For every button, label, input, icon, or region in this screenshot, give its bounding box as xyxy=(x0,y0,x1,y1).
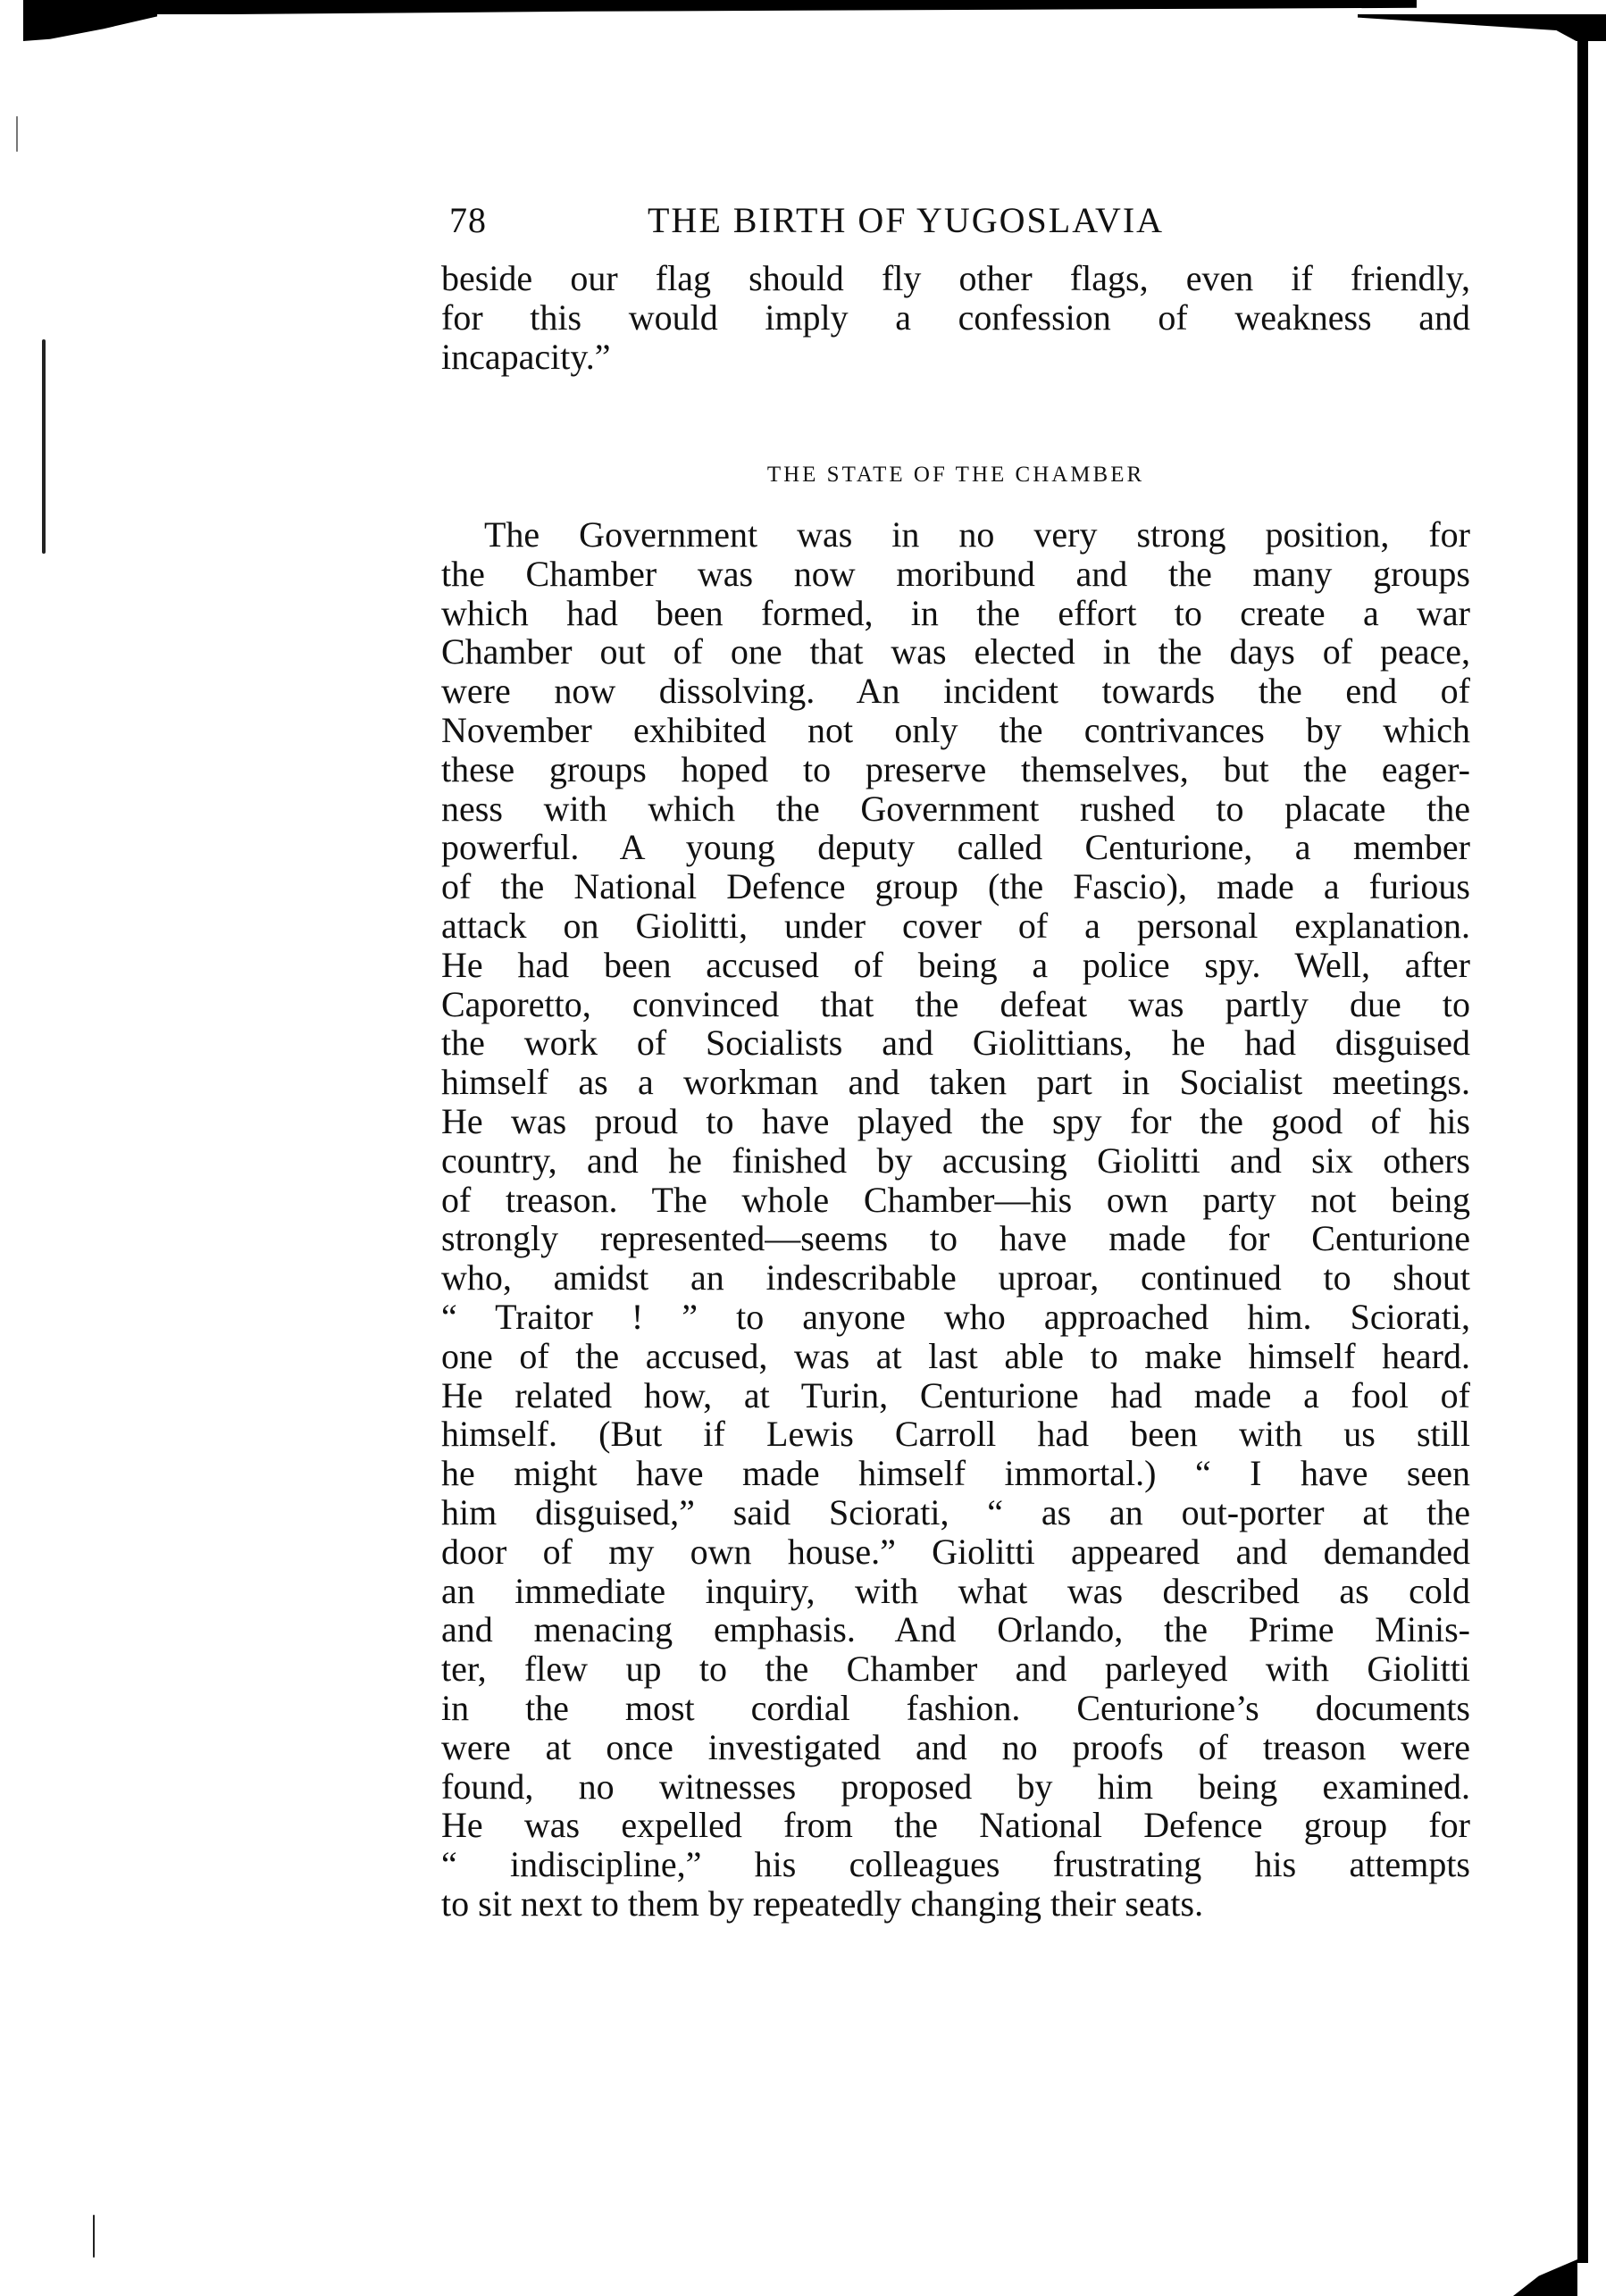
text-line: and menacing emphasis. And Orlando, the … xyxy=(441,1610,1470,1649)
scan-margin-mark xyxy=(93,2215,95,2258)
text-line: “ indiscipline,” his colleagues frustrat… xyxy=(441,1845,1470,1884)
text-line: strongly represented—seems to have made … xyxy=(441,1219,1470,1258)
text-line: of the National Defence group (the Fasci… xyxy=(441,867,1470,906)
text-line: The Government was in no very strong pos… xyxy=(441,515,1470,555)
text-line: the Chamber was now moribund and the man… xyxy=(441,555,1470,594)
page-header: 78 THE BIRTH OF YUGOSLAVIA xyxy=(449,198,1469,243)
continued-quote: beside our flag should fly other flags, … xyxy=(441,259,1470,376)
text-line: He was expelled from the National Defenc… xyxy=(441,1806,1470,1845)
text-line: for this would imply a confession of wea… xyxy=(441,298,1470,338)
text-line: which had been formed, in the effort to … xyxy=(441,594,1470,633)
text-line: Chamber out of one that was elected in t… xyxy=(441,632,1470,672)
scan-edge-shadow-top-right xyxy=(1358,14,1606,41)
text-line: country, and he finished by accusing Gio… xyxy=(441,1141,1470,1181)
text-line: himself as a workman and taken part in S… xyxy=(441,1063,1470,1102)
text-line: an immediate inquiry, with what was desc… xyxy=(441,1572,1470,1611)
text-line: He was proud to have played the spy for … xyxy=(441,1102,1470,1141)
scan-edge-shadow-top xyxy=(23,0,1417,14)
text-line: November exhibited not only the contriva… xyxy=(441,711,1470,750)
text-line: to sit next to them by repeatedly changi… xyxy=(441,1884,1470,1924)
text-line: him disguised,” said Sciorati, “ as an o… xyxy=(441,1493,1470,1532)
text-line: “ Traitor ! ” to anyone who approached h… xyxy=(441,1298,1470,1337)
book-binding-edge xyxy=(1577,30,1588,2263)
text-line: attack on Giolitti, under cover of a per… xyxy=(441,906,1470,946)
text-line: in the most cordial fashion. Centurione’… xyxy=(441,1689,1470,1728)
scan-edge-shadow-corner xyxy=(23,0,157,41)
text-line: of treason. The whole Chamber—his own pa… xyxy=(441,1181,1470,1220)
text-line: the work of Socialists and Giolittians, … xyxy=(441,1023,1470,1063)
text-line: these groups hoped to preserve themselve… xyxy=(441,750,1470,789)
text-line: He related how, at Turin, Centurione had… xyxy=(441,1376,1470,1415)
text-line: who, amidst an indescribable uproar, con… xyxy=(441,1258,1470,1298)
text-line: ter, flew up to the Chamber and parleyed… xyxy=(441,1649,1470,1689)
section-heading: THE STATE OF THE CHAMBER xyxy=(441,457,1470,493)
page-number: 78 xyxy=(449,198,487,243)
text-line: powerful. A young deputy called Centurio… xyxy=(441,828,1470,867)
text-line: Caporetto, convinced that the defeat was… xyxy=(441,985,1470,1024)
text-line: were now dissolving. An incident towards… xyxy=(441,672,1470,711)
text-line: incapacity.” xyxy=(441,338,1470,377)
text-line: he might have made himself immortal.) “ … xyxy=(441,1454,1470,1493)
scan-margin-mark xyxy=(16,116,18,152)
running-title: THE BIRTH OF YUGOSLAVIA xyxy=(648,198,1164,243)
text-line: were at once investigated and no proofs … xyxy=(441,1728,1470,1767)
text-line: himself. (But if Lewis Carroll had been … xyxy=(441,1415,1470,1454)
text-line: one of the accused, was at last able to … xyxy=(441,1337,1470,1376)
scan-margin-mark xyxy=(42,339,46,554)
body-paragraph: The Government was in no very strong pos… xyxy=(441,515,1470,1924)
text-line: door of my own house.” Giolitti appeared… xyxy=(441,1532,1470,1572)
text-line: found, no witnesses proposed by him bein… xyxy=(441,1767,1470,1807)
text-line: beside our flag should fly other flags, … xyxy=(441,259,1470,298)
text-line: ness with which the Government rushed to… xyxy=(441,789,1470,829)
text-line: He had been accused of being a police sp… xyxy=(441,946,1470,985)
book-binding-foot xyxy=(1513,2259,1577,2296)
